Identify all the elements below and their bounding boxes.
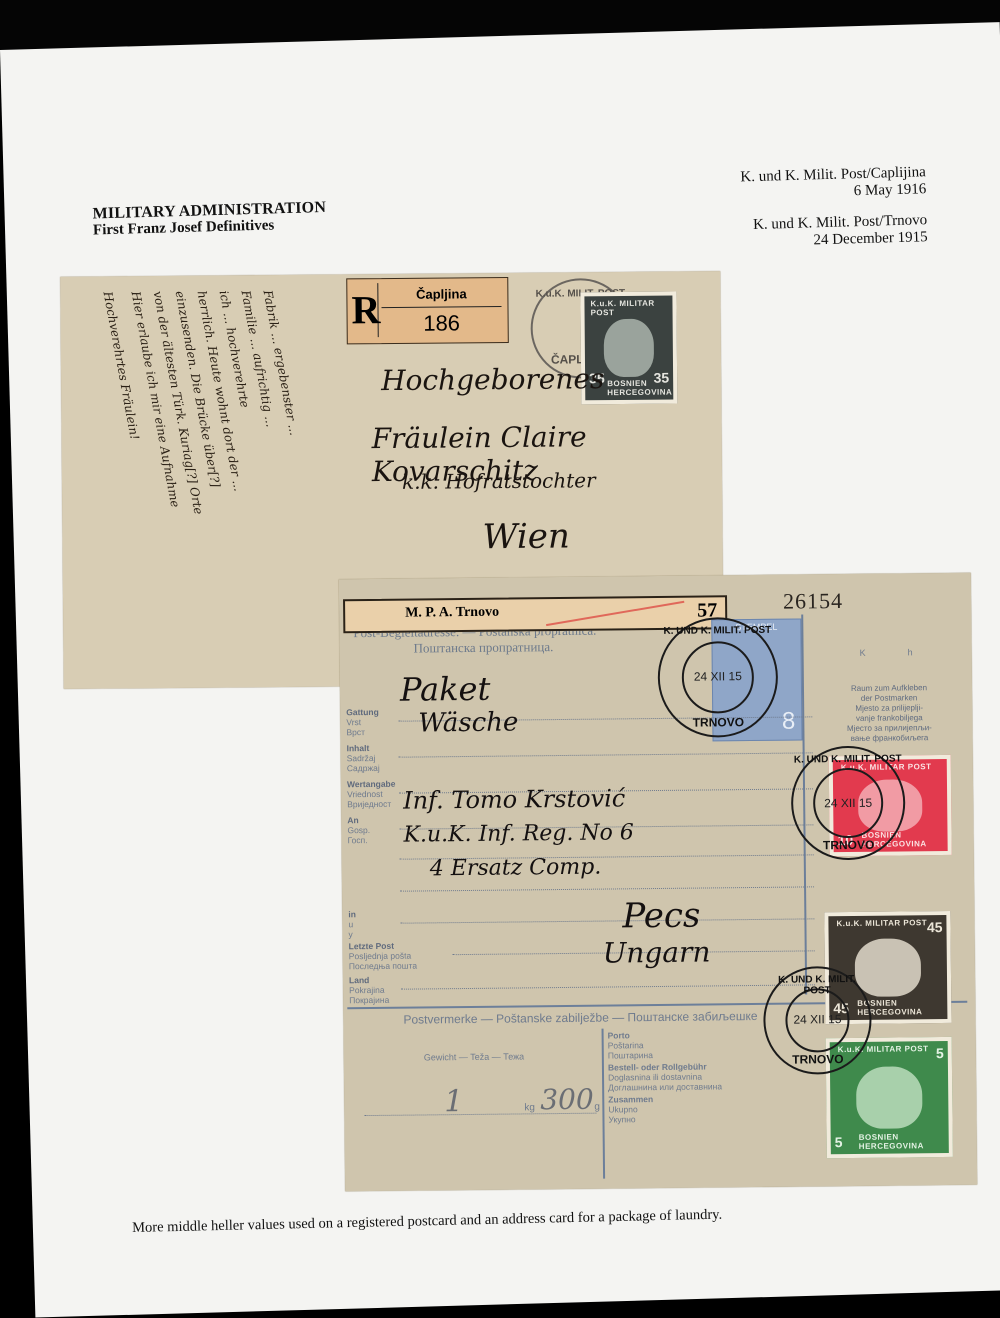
field-label-gattung: GattungVrstВрст xyxy=(346,707,379,737)
handwritten-company: 4 Ersatz Comp. xyxy=(430,855,602,882)
field-label-an: AnGosp.Госп. xyxy=(347,815,370,845)
franz-josef-portrait xyxy=(604,319,654,378)
field-label-wertangabe: WertangabeVriednostВриједност xyxy=(347,779,396,810)
address-line: Wien xyxy=(482,516,570,557)
handwritten-contents: Wäsche xyxy=(418,707,518,738)
registration-town: Čapljina xyxy=(381,282,501,308)
franking-instructions: Raum zum Aufkleben der Postmarken Mjesto… xyxy=(824,683,955,744)
page-heading: MILITARY ADMINISTRATION First Franz Jose… xyxy=(92,199,326,240)
handwritten-destination: Pecs xyxy=(622,896,700,937)
address-line: Hochgeborenes xyxy=(381,362,604,397)
field-label-letzte-post: Letzte PostPosljednja poštaПоследња пошт… xyxy=(349,941,418,972)
address-line: k.k. Hofratstochter xyxy=(402,468,596,494)
handwritten-country: Ungarn xyxy=(603,935,711,969)
cancellation-notes: K. und K. Milit. Post/Caplijina 6 May 19… xyxy=(740,164,928,265)
field-label-inhalt: InhaltSadržajСадржај xyxy=(347,743,380,773)
franz-josef-portrait xyxy=(856,1066,923,1129)
parcel-number: 26154 xyxy=(783,588,843,615)
postmark-trnovo: K. UND K. MILIT. POST 24 XII 15 TRNOVO xyxy=(763,966,872,1075)
form-title-cyrillic: Поштанска пропратница. xyxy=(413,639,553,656)
cancellation-note: K. und K. Milit. Post/Caplijina 6 May 19… xyxy=(740,164,926,203)
parcel-address-card: Post-Begleitadresse. — Poštanska proprat… xyxy=(339,573,977,1192)
registration-label: R Čapljina 186 xyxy=(346,277,509,344)
registration-number: 186 xyxy=(382,308,502,339)
handwritten-message: Hochverehrtes Fräulein! Hier erlaube ich… xyxy=(78,285,311,677)
handwritten-type: Paket xyxy=(400,670,491,709)
handwritten-weight-kg: 1 xyxy=(444,1084,463,1119)
field-label-land: LandPokrajinaПокрајина xyxy=(349,975,389,1005)
handwritten-regiment: K.u.K. Inf. Reg. No 6 xyxy=(403,820,634,847)
handwritten-addressee: Inf. Tomo Krstović xyxy=(403,784,625,814)
field-label-in: inuу xyxy=(348,909,356,939)
cancellation-note: K. und K. Milit. Post/Trnovo 24 December… xyxy=(742,212,928,251)
postmark-trnovo: K. UND K. MILIT. POST 24 XII 15 TRNOVO xyxy=(657,617,778,738)
handwritten-weight-g: 300 xyxy=(540,1083,594,1117)
postmark-trnovo: K. UND K. MILIT. POST 24 XII 15 TRNOVO xyxy=(791,745,906,860)
